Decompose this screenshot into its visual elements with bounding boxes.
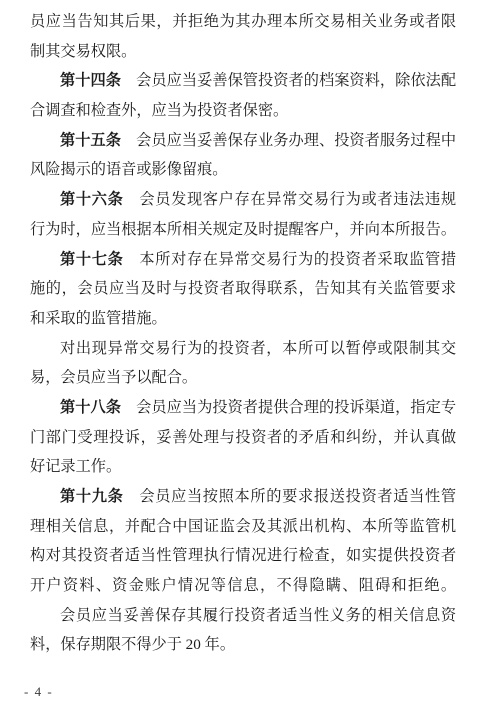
- text-line: 第十四条 会员应当妥善保管投资者的档案资料，除依法配: [30, 66, 456, 96]
- article-number: 第十五条: [60, 132, 121, 149]
- line-text: 构对其投资者适当性管理执行情况进行检查，如实提供投资者: [30, 547, 456, 564]
- text-line: 会员应当妥善保存其履行投资者适当性义务的相关信息资: [30, 601, 456, 631]
- document-body: 员应当告知其后果，并拒绝为其办理本所交易相关业务或者限 制其交易权限。 第十四条…: [30, 7, 456, 660]
- line-text: 本所对存在异常交易行为的投资者采取监管措: [123, 251, 456, 268]
- text-line: 行为时，应当根据本所相关规定及时提醒客户，并向本所报告。: [30, 215, 456, 245]
- line-text: 合调查和检查外，应当为投资者保密。: [30, 102, 288, 119]
- text-line: 易，会员应当予以配合。: [30, 363, 456, 393]
- line-text: 门部门受理投诉，妥善处理与投资者的矛盾和纠纷，并认真做: [30, 429, 456, 446]
- page-number: - 4 -: [24, 684, 53, 700]
- document-page: 员应当告知其后果，并拒绝为其办理本所交易相关业务或者限 制其交易权限。 第十四条…: [0, 0, 481, 709]
- text-line: 风险揭示的语音或影像留痕。: [30, 155, 456, 185]
- line-text: 对出现异常交易行为的投资者，本所可以暂停或限制其交: [60, 340, 456, 357]
- text-line: 开户资料、资金账户情况等信息，不得隐瞒、阻碍和拒绝。: [30, 571, 456, 601]
- text-line: 员应当告知其后果，并拒绝为其办理本所交易相关业务或者限: [30, 7, 456, 37]
- line-text: 易，会员应当予以配合。: [30, 369, 197, 386]
- text-line: 第十七条 本所对存在异常交易行为的投资者采取监管措: [30, 245, 456, 275]
- article-number: 第十七条: [60, 251, 123, 268]
- line-text: 好记录工作。: [30, 458, 121, 475]
- text-line: 第十八条 会员应当为投资者提供合理的投诉渠道，指定专: [30, 393, 456, 423]
- article-number: 第十九条: [60, 488, 123, 505]
- text-line: 对出现异常交易行为的投资者，本所可以暂停或限制其交: [30, 334, 456, 364]
- text-line: 构对其投资者适当性管理执行情况进行检查，如实提供投资者: [30, 541, 456, 571]
- line-text: 和采取的监管措施。: [30, 310, 167, 327]
- text-line: 料，保存期限不得少于 20 年。: [30, 630, 456, 660]
- text-line: 门部门受理投诉，妥善处理与投资者的矛盾和纠纷，并认真做: [30, 423, 456, 453]
- text-line: 第十六条 会员发现客户存在异常交易行为或者违法违规: [30, 185, 456, 215]
- line-text: 行为时，应当根据本所相关规定及时提醒客户，并向本所报告。: [30, 221, 456, 238]
- text-line: 和采取的监管措施。: [30, 304, 456, 334]
- line-text: 会员发现客户存在异常交易行为或者违法违规: [123, 191, 456, 208]
- text-line: 施的，会员应当及时与投资者取得联系，告知其有关监管要求: [30, 274, 456, 304]
- text-line: 好记录工作。: [30, 452, 456, 482]
- text-line: 第十九条 会员应当按照本所的要求报送投资者适当性管: [30, 482, 456, 512]
- text-line: 制其交易权限。: [30, 37, 456, 67]
- line-text: 会员应当妥善保管投资者的档案资料，除依法配: [121, 72, 456, 89]
- line-text: 理相关信息，并配合中国证监会及其派出机构、本所等监管机: [30, 518, 456, 535]
- text-line: 合调查和检查外，应当为投资者保密。: [30, 96, 456, 126]
- text-line: 第十五条 会员应当妥善保存业务办理、投资者服务过程中: [30, 126, 456, 156]
- line-text: 风险揭示的语音或影像留痕。: [30, 161, 227, 178]
- line-text: 制其交易权限。: [30, 43, 136, 60]
- article-number: 第十八条: [60, 399, 121, 416]
- line-text: 会员应当妥善保存其履行投资者适当性义务的相关信息资: [60, 607, 456, 624]
- line-text: 施的，会员应当及时与投资者取得联系，告知其有关监管要求: [30, 280, 456, 297]
- line-text: 会员应当按照本所的要求报送投资者适当性管: [123, 488, 456, 505]
- text-line: 理相关信息，并配合中国证监会及其派出机构、本所等监管机: [30, 512, 456, 542]
- line-text: 员应当告知其后果，并拒绝为其办理本所交易相关业务或者限: [30, 13, 456, 30]
- line-text: 开户资料、资金账户情况等信息，不得隐瞒、阻碍和拒绝。: [30, 577, 456, 594]
- line-text: 会员应当妥善保存业务办理、投资者服务过程中: [121, 132, 456, 149]
- article-number: 第十四条: [60, 72, 121, 89]
- line-text: 料，保存期限不得少于 20 年。: [30, 636, 235, 653]
- article-number: 第十六条: [60, 191, 123, 208]
- line-text: 会员应当为投资者提供合理的投诉渠道，指定专: [121, 399, 456, 416]
